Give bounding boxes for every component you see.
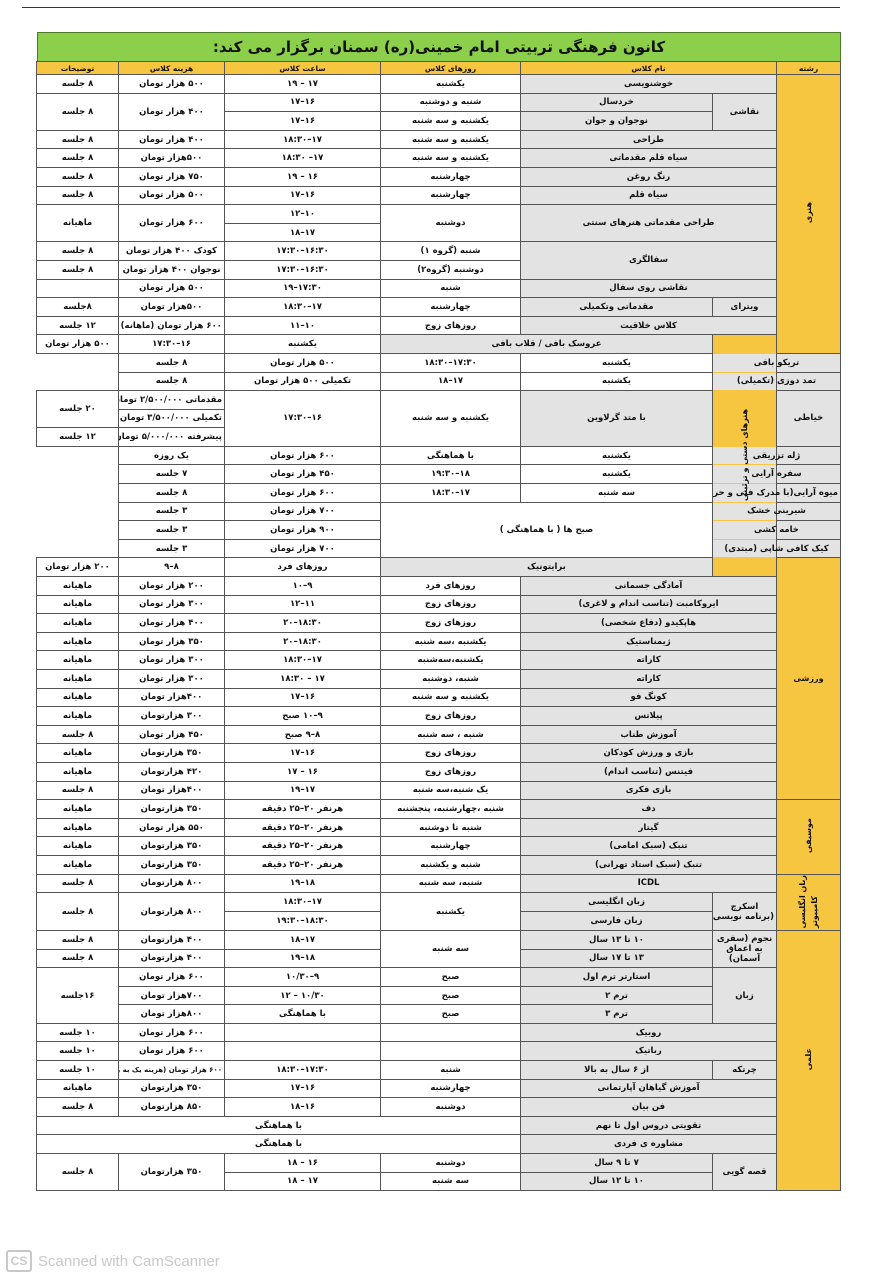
class-notes: ۸ جلسه [37,874,119,893]
class-fee: ۶۰۰ هزار تومان (هزینه یک به روز) [119,1061,225,1080]
class-subname: ترم ۳ [521,1005,713,1024]
class-fee: ۳۵۰ هزارتومان [119,837,225,856]
class-time: ۱۰/۳۰ – ۱۲ [225,986,381,1005]
table-row: کاراتهیکشنبه،سه‌شنبه۱۷–۱۸:۳۰۳۰۰ هزار توم… [37,651,841,670]
class-notes: ماهیانه [37,670,119,689]
class-days: صبح [381,1005,521,1024]
class-time: ۱۷ – ۱۸ [225,1172,381,1191]
class-name: روبیک [521,1023,777,1042]
table-row: اسکرچ(برنامه نویسی) زبان انگلیسی یکشنبه … [37,893,841,912]
class-notes: ۱۰ جلسه [37,1023,119,1042]
class-days: یکشنبه [521,446,713,465]
class-notes: ماهیانه [37,1079,119,1098]
header-days: روزهای کلاس [381,62,521,75]
class-time: ۹–۱۰ [225,577,381,596]
class-time [225,1023,381,1042]
class-time: ۱۸–۱۹ [225,874,381,893]
class-fee: ۴۵۰ هزار تومان [119,725,225,744]
table-row: پیلاتسروزهای زوج۹–۱۰ صبح۳۰۰ هزارتومانماه… [37,707,841,726]
class-fee: ۳۰۰ هزارتومان [119,707,225,726]
class-notes: ماهیانه [37,632,119,651]
class-notes: ۸ جلسه [37,130,119,149]
class-notes: ماهیانه [37,744,119,763]
table-row: تریکو بافی یکشنبه ۱۷:۳۰–۱۸:۳۰ ۵۰۰ هزار ت… [37,353,841,372]
class-days: سه شنبه [521,484,713,503]
class-notes: ماهیانه [37,205,119,242]
table-row: زبان استارتر ترم اول صبح ۹–۱۰/۳۰ ۶۰۰ هزا… [37,968,841,987]
class-time: ۱۷–۱۸:۳۰ [225,893,381,912]
class-subname: نوجوان و جوان [521,112,713,131]
class-days: شنبه [381,279,521,298]
class-time: با هماهنگی [225,1005,381,1024]
class-days: روزهای فرد [381,577,521,596]
class-fee: تکمیلی ۳/۵۰۰/۰۰۰ تومان [119,409,225,428]
category-computer-language: کامپیوتر زبان انگلیسی [777,874,841,930]
table-row: کلاس خلاقیت روزهای زوج ۱۰–۱۱ ۶۰۰ هزار تو… [37,316,841,335]
class-time: ۱۷–۱۸:۳۰ [381,484,521,503]
class-notes: ۸ جلسه [119,372,225,391]
class-time: ۱۶:۳۰–۱۷:۳۰ [225,260,381,279]
class-name: دف [521,800,777,819]
class-days: دوشنبه [381,1098,521,1117]
class-name: تقویتی دروس اول تا نهم [521,1116,777,1135]
class-days: دوشنبه [381,205,521,242]
class-name: کلاس خلاقیت [521,316,777,335]
class-fee: ۷۰۰ هزار تومان [225,502,381,521]
class-name: فن بیان [521,1098,777,1117]
table-row: طراحی مقدماتی هنرهای سنتی دوشنبه ۱۰–۱۲ ۶… [37,205,841,224]
class-days: شنبه و دوشنبه [381,93,521,112]
class-notes: ۸ جلسه [37,75,119,94]
class-days: یک شنبه،سه شنبه [381,781,521,800]
class-days: صبح [381,986,521,1005]
class-fee: ۶۰۰ هزار تومان [225,446,381,465]
class-notes: ماهیانه [37,762,119,781]
class-notes: ۸ جلسه [37,725,119,744]
class-time: ۱۶–۱۷ [225,186,381,205]
table-row: بازی و ورزش کودکانروزهای زوج۱۶–۱۷۳۵۰ هزا… [37,744,841,763]
class-fee: ۸۵۰ هزارتومان [119,1098,225,1117]
class-notes: ۸ جلسه [119,484,225,503]
watermark-text: Scanned with CamScanner [38,1253,220,1270]
class-name: نقاشی [713,93,777,130]
class-subname: استارتر ترم اول [521,968,713,987]
class-fee: ۳۰۰ هزار تومان [119,670,225,689]
class-subname: ۱۰ تا ۱۲ سال [521,1172,713,1191]
class-time: ۱۶ – ۱۷ [225,762,381,781]
table-row: هنری خوشنویسی یکشنبه ۱۷ – ۱۹ ۵۰۰ هزار تو… [37,75,841,94]
table-row: سیاه قلم چهارشنبه ۱۶–۱۷ ۵۰۰ هزار تومان ۸… [37,186,841,205]
class-time: ۱۶–۱۷ [225,688,381,707]
class-name: ایروکامبت (تناسب اندام و لاغری) [521,595,777,614]
table-row: ژله تزریقی یکشنبه با هماهنگی ۶۰۰ هزار تو… [37,446,841,465]
class-days: یکشنبه [521,372,713,391]
class-notes: ۳ جلسه [119,521,225,540]
class-time: ۱۷–۱۸:۳۰ [225,651,381,670]
table-row: ژیمناستیکیکشنبه ،سه شنبه۱۸:۳۰–۲۰۳۵۰ هزار… [37,632,841,651]
table-row: مشاوره ی فردی با هماهنگی [37,1135,841,1154]
class-days: چهارشنبه [381,837,521,856]
header-fee: هزینه کلاس [119,62,225,75]
table-row: طراحی یکشنبه و سه شنبه ۱۷–۱۸:۳۰ ۴۰۰ هزار… [37,130,841,149]
class-days: شنبه ، سه شنبه [381,725,521,744]
class-time: ۱۸:۳۰–۲۰ [225,614,381,633]
class-name: ژیمناستیک [521,632,777,651]
class-notes: ۸ جلسه [37,260,119,279]
class-time: ۹–۱۰/۳۰ [225,968,381,987]
class-notes: ۸ جلسه [37,930,119,949]
class-notes: ماهیانه [37,595,119,614]
class-fee: ۵۰۰ هزار تومان [37,335,119,354]
class-days: شنبه، دوشنبه [381,670,521,689]
class-days: سه شنبه [381,930,521,967]
class-fee: ۴۰۰ هزار تومان [119,93,225,130]
class-fee: ۳۵۰ هزارتومان [119,1154,225,1191]
header-category: رشته [777,62,841,75]
class-time: ۱۶–۱۷ [225,1079,381,1098]
camscanner-logo-icon: CS [6,1250,32,1272]
class-time: ۱۶–۱۷:۳۰ [225,391,381,447]
class-fee: ۴۵۰ هزار تومان [225,465,381,484]
class-notes: ماهیانه [37,651,119,670]
class-notes: ۸ جلسه [37,93,119,130]
class-name: کاراته [521,651,777,670]
table-row: آموزش گیاهان آپارتمانی چهارشنبه ۱۶–۱۷ ۳۵… [37,1079,841,1098]
class-name: تنبک (سبک استاد تهرانی) [521,855,777,874]
table-row: سفالگری شنبه (گروه ۱) ۱۶:۳۰–۱۷:۳۰ کودک ۴… [37,242,841,261]
class-fee: ۷۰۰هزار تومان [119,986,225,1005]
category-music: موسیقی [777,800,841,874]
class-fee: ۸۰۰ هزارتومان [119,893,225,931]
class-fee: ۳۵۰ هزارتومان [119,855,225,874]
class-days: یکشنبه [521,353,713,372]
class-fee: ۳۰۰ هزار تومان [119,595,225,614]
class-fee: ۸۰۰هزار تومان [119,1005,225,1024]
class-days: روزهای زوج [381,614,521,633]
class-name: تمد دوزی (تکمیلی) [713,372,841,391]
class-notes: ماهیانه [37,800,119,819]
class-name: رباتیک [521,1042,777,1061]
schedule-table: رشته نام کلاس روزهای کلاس ساعت کلاس هزین… [36,61,841,1191]
class-subname: با متد گرلاوین [521,391,713,447]
class-notes: ماهیانه [37,577,119,596]
class-time: ۱۶ – ۱۹ [225,167,381,186]
class-days: روزهای زوج [381,595,521,614]
camscanner-watermark: CS Scanned with CamScanner [6,1250,220,1272]
class-time: ۱۶–۱۷ [225,93,381,112]
class-name: بازی و ورزش کودکان [521,744,777,763]
class-fee: پیشرفته ۵/۰۰۰/۰۰۰ تومان [119,428,225,447]
class-days: یکشنبه [381,75,521,94]
class-fee: ۷۰۰ هزار تومان [225,539,381,558]
class-fee: ۵۰۰هزار تومان [119,149,225,168]
table-row: رباتیک ۶۰۰ هزار تومان ۱۰ جلسه [37,1042,841,1061]
class-time: ۱۷–۱۸ [225,223,381,242]
class-fee: ۴۰۰ هزارتومان [119,930,225,949]
class-name: سفره آرایی [713,465,841,484]
class-days: روزهای زوج [381,744,521,763]
table-row: روبیک ۶۰۰ هزار تومان ۱۰ جلسه [37,1023,841,1042]
table-row: ویترای مقدماتی وتکمیلی چهارشنبه ۱۷–۱۸:۳۰… [37,298,841,317]
class-name: قصه گویی [713,1154,777,1191]
class-fee: ۶۰۰ هزار تومان [119,205,225,242]
class-schedule-note: با هماهنگی [37,1116,521,1135]
class-time: ۱۶–۱۷:۳۰ [119,335,225,354]
class-fee: ۳۵۰ هزارتومان [119,1079,225,1098]
class-days: شنبه [381,1061,521,1080]
class-days: شنبه تا دوشنبه [381,818,521,837]
class-time: ۱۸:۳۰–۱۹:۳۰ [225,912,381,931]
class-time: ۸–۹ [119,558,225,577]
class-days: یکشنبه [225,335,381,354]
class-fee: ۶۰۰ هزار تومان [225,484,381,503]
table-row: تقویتی دروس اول تا نهم با هماهنگی [37,1116,841,1135]
class-name: نقاشی روی سفال [521,279,777,298]
class-notes: ۸ جلسه [37,167,119,186]
class-name: بازی فکری [521,781,777,800]
class-time: ۱۸–۱۹ [225,949,381,968]
class-name: از ۶ سال به بالا [521,1061,713,1080]
class-notes: ۸ جلسه [37,1098,119,1117]
class-schedule-note: صبح ها ( با هماهنگی ) [381,502,713,558]
class-notes: ۱۲ جلسه [37,428,119,447]
class-name: خوشنویسی [521,75,777,94]
class-fee: ۵۵۰ هزار تومان [119,818,225,837]
class-fee: ۶۰۰ هزار تومان [119,1023,225,1042]
class-name: کیک کافی شاپی (مبتدی) [713,539,841,558]
class-name: فیتنس (تناسب اندام) [521,762,777,781]
class-fee: ۶۰۰ هزار تومان (ماهانه) [119,316,225,335]
table-row: هاپکیدو (دفاع شخصی)روزهای زوج۱۸:۳۰–۲۰۴۰۰… [37,614,841,633]
class-days: چهارشنبه [381,167,521,186]
class-fee: کودک ۴۰۰ هزار تومان [119,242,225,261]
class-fee: ۴۰۰هزار تومان [119,781,225,800]
class-name: میوه آرایی(با مدرک فنی و حرفه ای ) [713,484,841,503]
header-notes: توضیحات [37,62,119,75]
class-fee: ۲۰۰ هزار تومان [119,577,225,596]
class-name: مقدماتی وتکمیلی [521,298,713,317]
class-time: ۱۰–۱۲ [225,205,381,224]
class-name: عروسک بافی / قلاب بافی [381,335,713,354]
class-time: ۸–۹ صبح [225,725,381,744]
class-notes: ۱۰ جلسه [37,1061,119,1080]
class-time: ۱۷–۱۸:۳۰ [225,130,381,149]
class-time: ۱۸–۱۹:۳۰ [381,465,521,484]
class-name: نجوم (سفری به اعماق آسمان) [713,930,777,967]
class-days: چهارشنبه [381,298,521,317]
table-row: علمی نجوم (سفری به اعماق آسمان) ۱۰ تا ۱۳… [37,930,841,949]
class-time: ۱۷:۳۰–۱۸:۳۰ [381,353,521,372]
class-fee: ۳۵۰ هزارتومان [119,744,225,763]
table-row: فیتنس (تناسب اندام)روزهای زوج۱۶ – ۱۷۴۲۰ … [37,762,841,781]
class-name: سیاه قلم مقدماتی [521,149,777,168]
class-time: ۱۷–۱۸:۳۰ [225,298,381,317]
class-notes: ۸جلسه [37,298,119,317]
class-name: هاپکیدو (دفاع شخصی) [521,614,777,633]
class-days: روزهای زوج [381,762,521,781]
table-row: تنبک (سبک استاد تهرانی)شنبه و یکشنبههرنف… [37,855,841,874]
class-notes: ماهیانه [37,707,119,726]
class-notes: ۸ جلسه [37,781,119,800]
class-notes: ۸ جلسه [37,186,119,205]
table-row: تمد دوزی (تکمیلی) یکشنبه ۱۷–۱۸ تکمیلی ۵۰… [37,372,841,391]
class-time: هرنفر ۲۰–۲۵ دقیقه [225,818,381,837]
class-days: شنبه ،چهارشنبه، پنجشنبه [381,800,521,819]
class-name: گیتار [521,818,777,837]
class-notes: ۱۲ جلسه [37,316,119,335]
header-class-name: نام کلاس [521,62,777,75]
class-name: سیاه قلم [521,186,777,205]
class-subname: ۷ تا ۹ سال [521,1154,713,1173]
table-row: قصه گویی ۷ تا ۹ سال دوشنبه ۱۶ – ۱۸ ۳۵۰ ه… [37,1154,841,1173]
class-fee: ۹۰۰ هزار تومان [225,521,381,540]
class-notes: ۸ جلسه [37,149,119,168]
class-subname: ۱۰ تا ۱۳ سال [521,930,713,949]
class-notes: ماهیانه [37,837,119,856]
class-name: آموزش طناب [521,725,777,744]
class-fee: ۴۰۰ هزار تومان [119,130,225,149]
table-row: موسیقی دفشنبه ،چهارشنبه، پنجشنبههرنفر ۲۰… [37,800,841,819]
class-fee: ۳۵۰ هزارتومان [119,800,225,819]
class-days: شنبه (گروه ۱) [381,242,521,261]
class-days: شنبه و یکشنبه [381,855,521,874]
class-time: ۱۷–۱۸ [225,930,381,949]
class-time: ۱۶–۱۷ [225,112,381,131]
class-notes: ماهیانه [37,855,119,874]
class-time: هرنفر ۲۰–۲۵ دقیقه [225,800,381,819]
table-row: کاراتهشنبه، دوشنبه۱۷ – ۱۸:۳۰۳۰۰ هزار توم… [37,670,841,689]
category-art: هنری [777,75,841,354]
header-row: رشته نام کلاس روزهای کلاس ساعت کلاس هزین… [37,62,841,75]
class-fee: ۳۰۰ هزار تومان [119,651,225,670]
class-fee: ۴۰۰هزار تومان [119,688,225,707]
class-fee: ۵۰۰ هزار تومان [225,353,381,372]
table-row: سیاه قلم مقدماتی یکشنبه و سه شنبه ۱۷– ۱۸… [37,149,841,168]
class-notes: ۱۶جلسه [37,968,119,1024]
class-name: طراحی [521,130,777,149]
class-days: روزهای فرد [225,558,381,577]
class-time: ۱۶:۳۰–۱۷:۳۰ [225,242,381,261]
class-notes: ماهیانه [37,614,119,633]
class-time: ۱۱–۱۲ [225,595,381,614]
class-fee: ۴۰۰ هزار تومان [119,614,225,633]
class-name: تنبک (سبک امامی) [521,837,777,856]
class-time: ۱۷:۳۰–۱۹ [225,279,381,298]
class-days: چهارشنبه [381,186,521,205]
class-notes [37,279,119,298]
class-days: چهارشنبه [381,1079,521,1098]
class-notes: ۲۰ جلسه [37,391,119,428]
class-days: یکشنبه و سه شنبه [381,130,521,149]
class-time: با هماهنگی [381,446,521,465]
class-name: ICDL [521,874,777,893]
class-subname: خردسال [521,93,713,112]
class-days: روزهای زوج [381,707,521,726]
class-days [381,1023,521,1042]
class-group: ویترای [713,298,777,317]
class-time: ۱۶–۱۷ [225,744,381,763]
class-days: شنبه، سه شنبه [381,874,521,893]
class-days: سه شنبه [381,1172,521,1191]
class-fee: تکمیلی ۵۰۰ هزار تومان [225,372,381,391]
class-days: صبح [381,968,521,987]
class-name: آمادگی جسمانی [521,577,777,596]
class-schedule: کانون فرهنگی تربیتی امام خمینی(ره) سمنان… [37,32,841,1191]
class-notes: ۸ جلسه [119,353,225,372]
table-row: میوه آرایی(با مدرک فنی و حرفه ای ) سه شن… [37,484,841,503]
class-days: یکشنبه،سه‌شنبه [381,651,521,670]
class-name: آموزش گیاهان آپارتمانی [521,1079,777,1098]
class-notes: ماهیانه [37,688,119,707]
class-group: چرتکه [713,1061,777,1080]
table-row: تنبک (سبک امامی)چهارشنبههرنفر ۲۰–۲۵ دقیق… [37,837,841,856]
class-time: ۱۷ – ۱۸:۳۰ [225,670,381,689]
class-fee: ۵۰۰ هزار تومان [119,186,225,205]
class-name: کاراته [521,670,777,689]
category-science: علمی [777,930,841,1190]
table-row: کامپیوتر زبان انگلیسی ICDL شنبه، سه شنبه… [37,874,841,893]
class-time: ۱۷–۱۹ [225,781,381,800]
class-name: زبان [713,968,777,1024]
category-sports: ورزشی [777,558,841,800]
class-name: ژله تزریقی [713,446,841,465]
page-title: کانون فرهنگی تربیتی امام خمینی(ره) سمنان… [37,32,841,61]
table-row: رنگ روغن چهارشنبه ۱۶ – ۱۹ ۷۵۰ هزار تومان… [37,167,841,186]
table-row: کونگ فویکشنبه و سه شنبه۱۶–۱۷۴۰۰هزار توما… [37,688,841,707]
class-days: یکشنبه و سه شنبه [381,112,521,131]
class-days: دوشنبه (گروه۲) [381,260,521,279]
table-row: گیتارشنبه تا دوشنبههرنفر ۲۰–۲۵ دقیقه۵۵۰ … [37,818,841,837]
class-time: ۱۶–۱۸ [225,1098,381,1117]
class-name: برایتونیک [381,558,713,577]
class-fee: ۵۰۰هزار تومان [119,298,225,317]
class-name: سفالگری [521,242,777,279]
class-fee: ۲۰۰ هزار تومان [37,558,119,577]
top-rule [22,7,840,8]
table-row: ایروکامبت (تناسب اندام و لاغری)روزهای زو… [37,595,841,614]
class-days [381,1042,521,1061]
class-notes: ۸ جلسه [37,242,119,261]
class-subname: ۱۳ تا ۱۷ سال [521,949,713,968]
class-name: تریکو بافی [713,353,841,372]
class-notes: ماهیانه [37,818,119,837]
class-notes: یک روزه [119,446,225,465]
class-time [225,1042,381,1061]
class-fee: مقدماتی ۲/۵۰۰/۰۰۰ تومان [119,391,225,410]
class-days: یکشنبه ،سه شنبه [381,632,521,651]
class-subname: ترم ۲ [521,986,713,1005]
table-row: آمادگی جسمانیروزهای فرد۹–۱۰۲۰۰ هزار توما… [37,577,841,596]
table-row: نقاشی روی سفال شنبه ۱۷:۳۰–۱۹ ۵۰۰ هزار تو… [37,279,841,298]
class-time: ۱۶ – ۱۸ [225,1154,381,1173]
class-days: یکشنبه و سه شنبه [381,391,521,447]
class-name: رنگ روغن [521,167,777,186]
class-notes: ۸ جلسه [37,893,119,931]
class-fee: ۶۰۰ هزار تومان [119,968,225,987]
table-row: هنرهای دستی و تزئینی عروسک بافی / قلاب ب… [37,335,841,354]
class-name: مشاوره ی فردی [521,1135,777,1154]
class-schedule-note: با هماهنگی [37,1135,521,1154]
class-time: هرنفر ۲۰–۲۵ دقیقه [225,837,381,856]
class-name: اسکرچ(برنامه نویسی) [713,893,777,931]
class-time: ۱۷:۳۰–۱۸:۳۰ [225,1061,381,1080]
class-fee: نوجوان ۴۰۰ هزار تومان [119,260,225,279]
class-fee: ۳۵۰ هزار تومان [119,632,225,651]
class-time: ۱۰–۱۱ [225,316,381,335]
class-time: هرنفر ۲۰–۲۵ دقیقه [225,855,381,874]
class-days: یکشنبه [381,893,521,931]
class-subname: زبان فارسی [521,912,713,931]
